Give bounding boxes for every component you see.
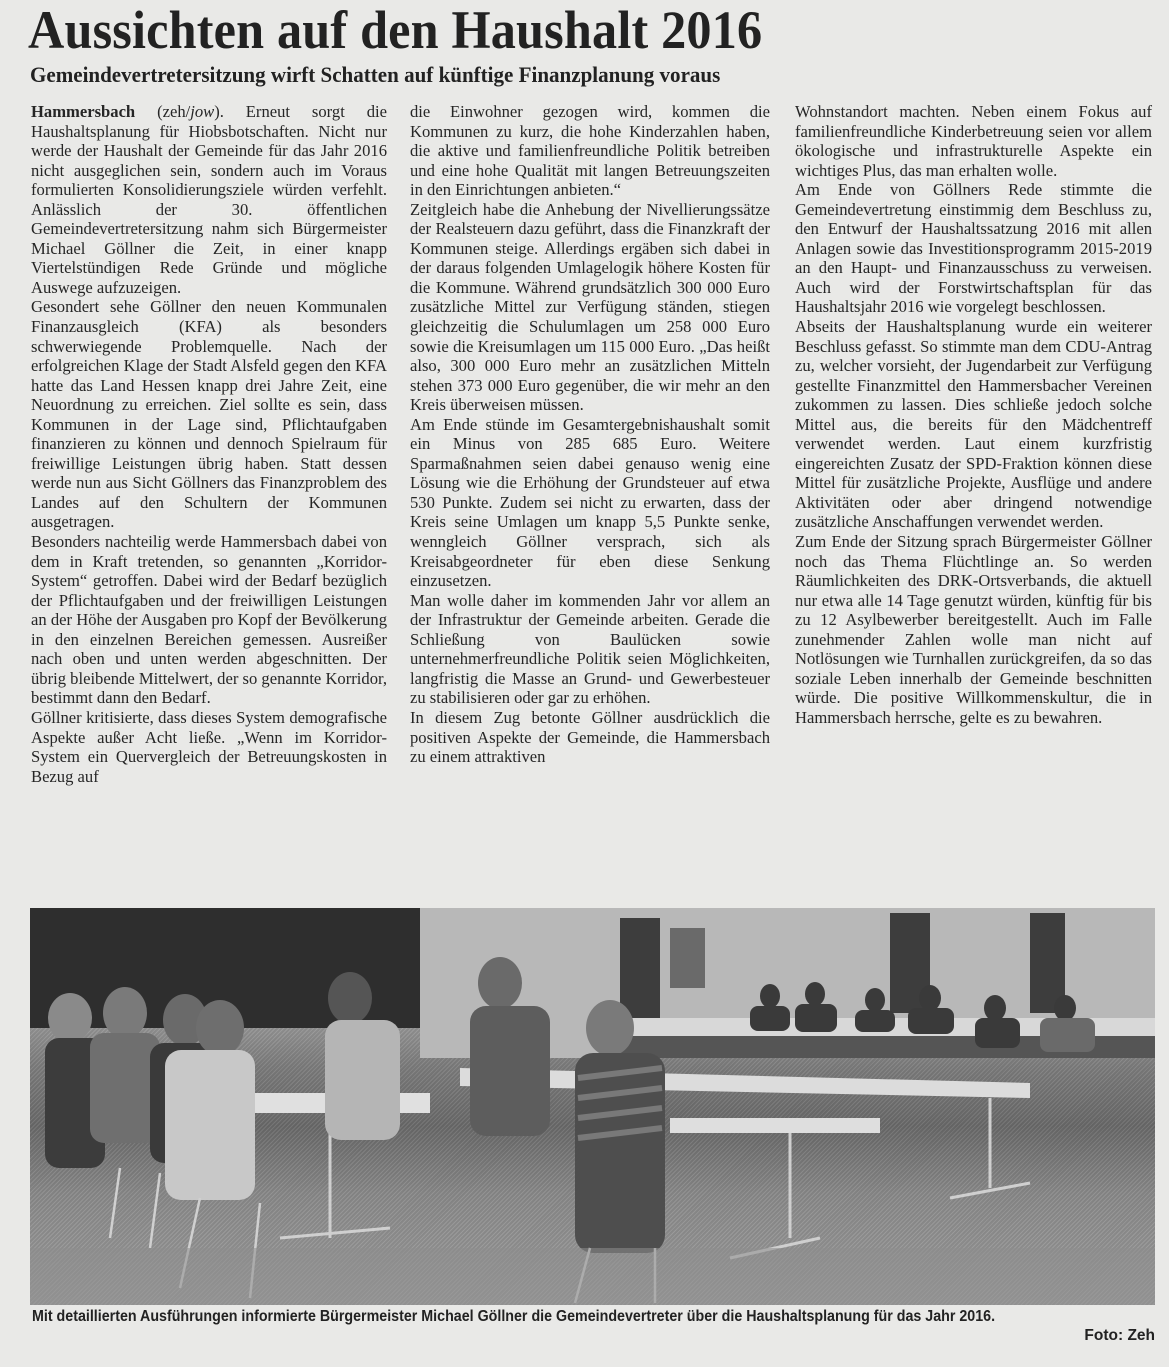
article-column-2: die Einwohner gezogen wird, kommen die K…	[410, 102, 770, 892]
paragraph: Besonders nachteilig werde Hammersbach d…	[31, 532, 387, 708]
photo-caption-text: Mit detaillierten Ausführungen informier…	[32, 1307, 1136, 1326]
photo-caption: Mit detaillierten Ausführungen informier…	[32, 1307, 1154, 1326]
paragraph: Göllner kritisierte, dass dieses System …	[31, 708, 387, 786]
paragraph: Wohnstandort machten. Neben einem Fokus …	[795, 102, 1152, 180]
dateline-open: (zeh/	[135, 102, 190, 121]
paragraph: Man wolle daher im kommenden Jahr vor al…	[410, 591, 770, 708]
paragraph: die Einwohner gezogen wird, kommen die K…	[410, 102, 770, 200]
photo-credit: Foto: Zeh	[1084, 1327, 1155, 1345]
paragraph: Zum Ende der Sitzung sprach Bürgermeiste…	[795, 532, 1152, 727]
paragraph: Am Ende stünde im Gesamtergebnishaushalt…	[410, 415, 770, 591]
newspaper-page: Aussichten auf den Haushalt 2016 Gemeind…	[0, 0, 1169, 1367]
dateline-place: Hammersbach	[31, 102, 135, 121]
dateline-author: jow	[190, 102, 214, 121]
dateline-close: ).	[214, 102, 246, 121]
paragraph-text: Erneut sorgt die Haushaltsplanung für Hi…	[31, 102, 387, 297]
paragraph: Abseits der Haushaltsplanung wurde ein w…	[795, 317, 1152, 532]
subheadline: Gemeindevertretersitzung wirft Schatten …	[30, 62, 720, 88]
article-column-3: Wohnstandort machten. Neben einem Fokus …	[795, 102, 1152, 892]
meeting-photo	[30, 908, 1155, 1305]
paragraph: Gesondert sehe Göllner den neuen Kommuna…	[31, 297, 387, 532]
paragraph: Zeitgleich habe die Anhebung der Nivelli…	[410, 200, 770, 415]
paragraph: In diesem Zug betonte Göllner ausdrückli…	[410, 708, 770, 767]
article-column-1: Hammersbach (zeh/jow). Erneut sorgt die …	[31, 102, 387, 892]
paragraph: Hammersbach (zeh/jow). Erneut sorgt die …	[31, 102, 387, 297]
paragraph: Am Ende von Göllners Rede stimmte die Ge…	[795, 180, 1152, 317]
photo-scene-illustration	[30, 908, 1155, 1305]
headline: Aussichten auf den Haushalt 2016	[28, 2, 762, 58]
